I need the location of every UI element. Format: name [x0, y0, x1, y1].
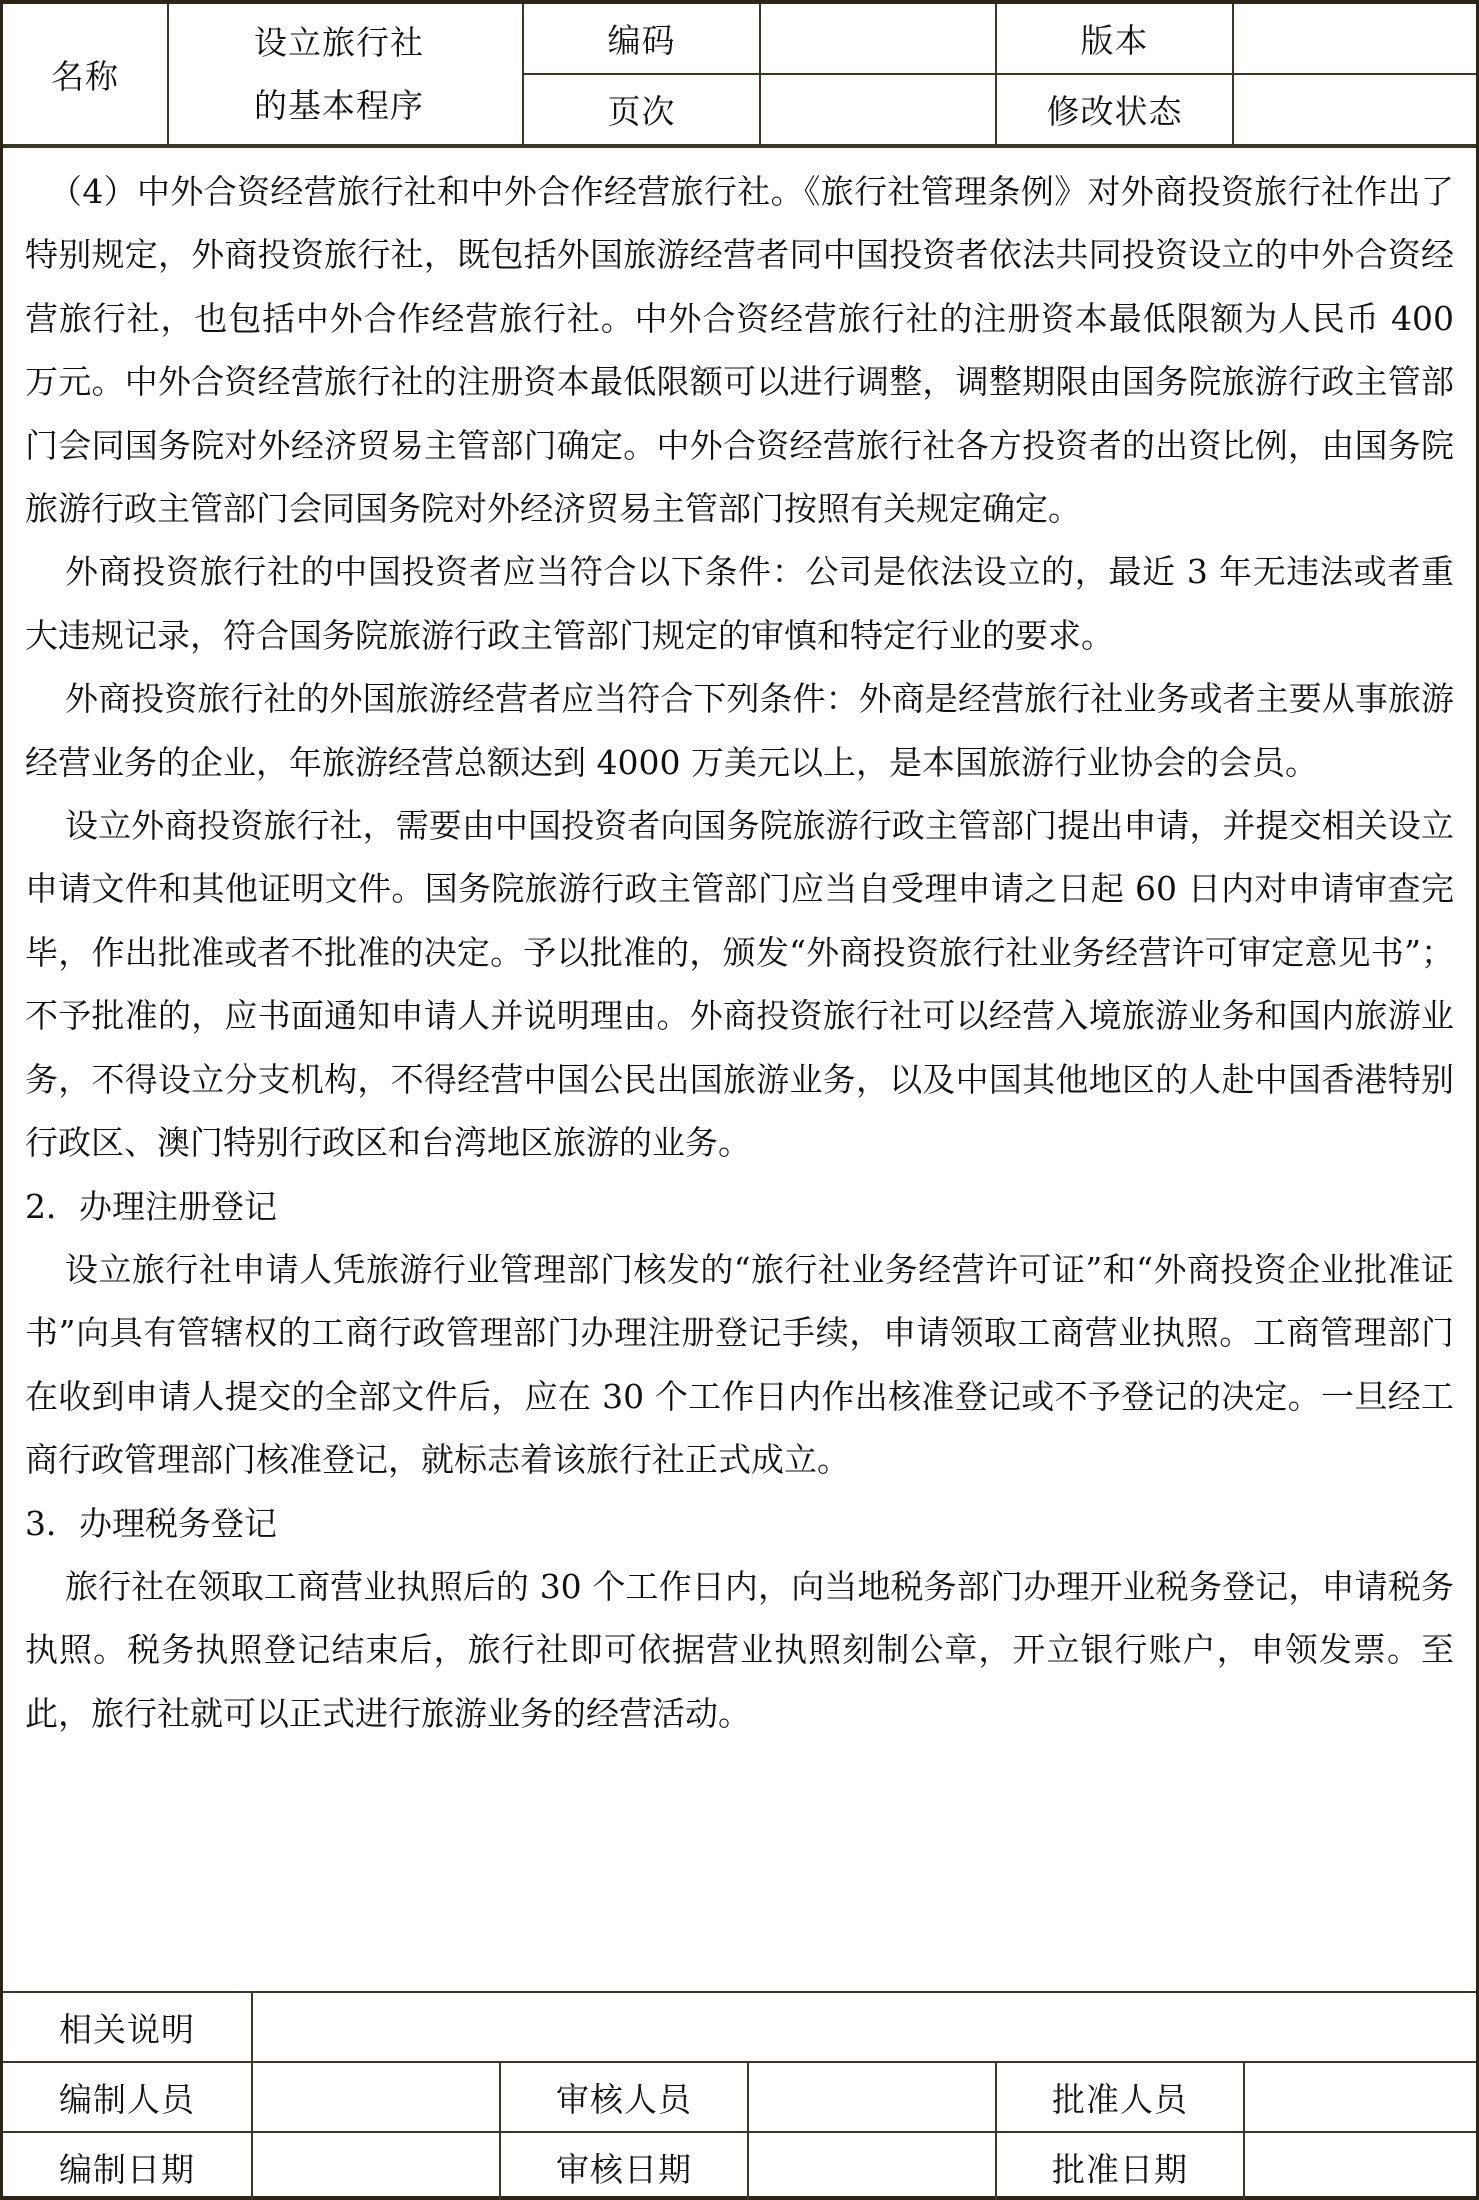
section-heading-registration: 2．办理注册登记	[25, 1175, 1454, 1238]
review-date-label: 审核日期	[500, 2132, 748, 2200]
paragraph-tax: 旅行社在领取工商营业执照后的 30 个工作日内，向当地税务部门办理开业税务登记，…	[25, 1555, 1454, 1745]
approver-value[interactable]	[1244, 2062, 1476, 2132]
approver-label: 批准人员	[996, 2062, 1244, 2132]
approve-date-label: 批准日期	[996, 2132, 1244, 2200]
document-page: 名称 设立旅行社 的基本程序 编码 版本 页次 修改状态 （4）中外合资经营旅行…	[0, 0, 1479, 2200]
version-value[interactable]	[1233, 4, 1476, 74]
approve-date-value[interactable]	[1244, 2132, 1476, 2200]
author-value[interactable]	[252, 2062, 500, 2132]
author-date-label: 编制日期	[3, 2132, 252, 2200]
reviewer-value[interactable]	[748, 2062, 996, 2132]
notes-value[interactable]	[252, 1992, 1476, 2062]
paragraph-foreign-operator: 外商投资旅行社的外国旅游经营者应当符合下列条件：外商是经营旅行社业务或者主要从事…	[25, 667, 1454, 794]
paragraph-joint-venture: （4）中外合资经营旅行社和中外合作经营旅行社。《旅行社管理条例》对外商投资旅行社…	[25, 160, 1454, 540]
name-value-line2: 的基本程序	[189, 74, 522, 137]
paragraph-application: 设立外商投资旅行社，需要由中国投资者向国务院旅游行政主管部门提出申请，并提交相关…	[25, 794, 1454, 1174]
author-label: 编制人员	[3, 2062, 252, 2132]
name-label: 名称	[3, 4, 168, 145]
reviewer-label: 审核人员	[500, 2062, 748, 2132]
paragraph-registration: 设立旅行社申请人凭旅游行业管理部门核发的“旅行社业务经营许可证”和“外商投资企业…	[25, 1238, 1454, 1492]
section-heading-tax: 3．办理税务登记	[25, 1492, 1454, 1555]
code-label: 编码	[523, 4, 760, 74]
page-label: 页次	[523, 74, 760, 145]
review-date-value[interactable]	[748, 2132, 996, 2200]
code-value[interactable]	[760, 4, 996, 74]
notes-label: 相关说明	[3, 1992, 252, 2062]
author-date-value[interactable]	[252, 2132, 500, 2200]
name-value-line1: 设立旅行社	[189, 11, 522, 74]
footer-table: 相关说明 编制人员 审核人员 批准人员 编制日期 审核日期 批准日期	[3, 1991, 1476, 2200]
version-label: 版本	[996, 4, 1233, 74]
revision-label: 修改状态	[996, 74, 1233, 145]
header-table: 名称 设立旅行社 的基本程序 编码 版本 页次 修改状态	[3, 4, 1476, 146]
paragraph-chinese-investor: 外商投资旅行社的中国投资者应当符合以下条件：公司是依法设立的，最近 3 年无违法…	[25, 540, 1454, 667]
document-body: （4）中外合资经营旅行社和中外合作经营旅行社。《旅行社管理条例》对外商投资旅行社…	[3, 148, 1476, 1991]
page-value[interactable]	[760, 74, 996, 145]
header-table-wrapper: 名称 设立旅行社 的基本程序 编码 版本 页次 修改状态	[3, 4, 1476, 148]
name-value: 设立旅行社 的基本程序	[168, 4, 523, 145]
revision-value[interactable]	[1233, 74, 1476, 145]
